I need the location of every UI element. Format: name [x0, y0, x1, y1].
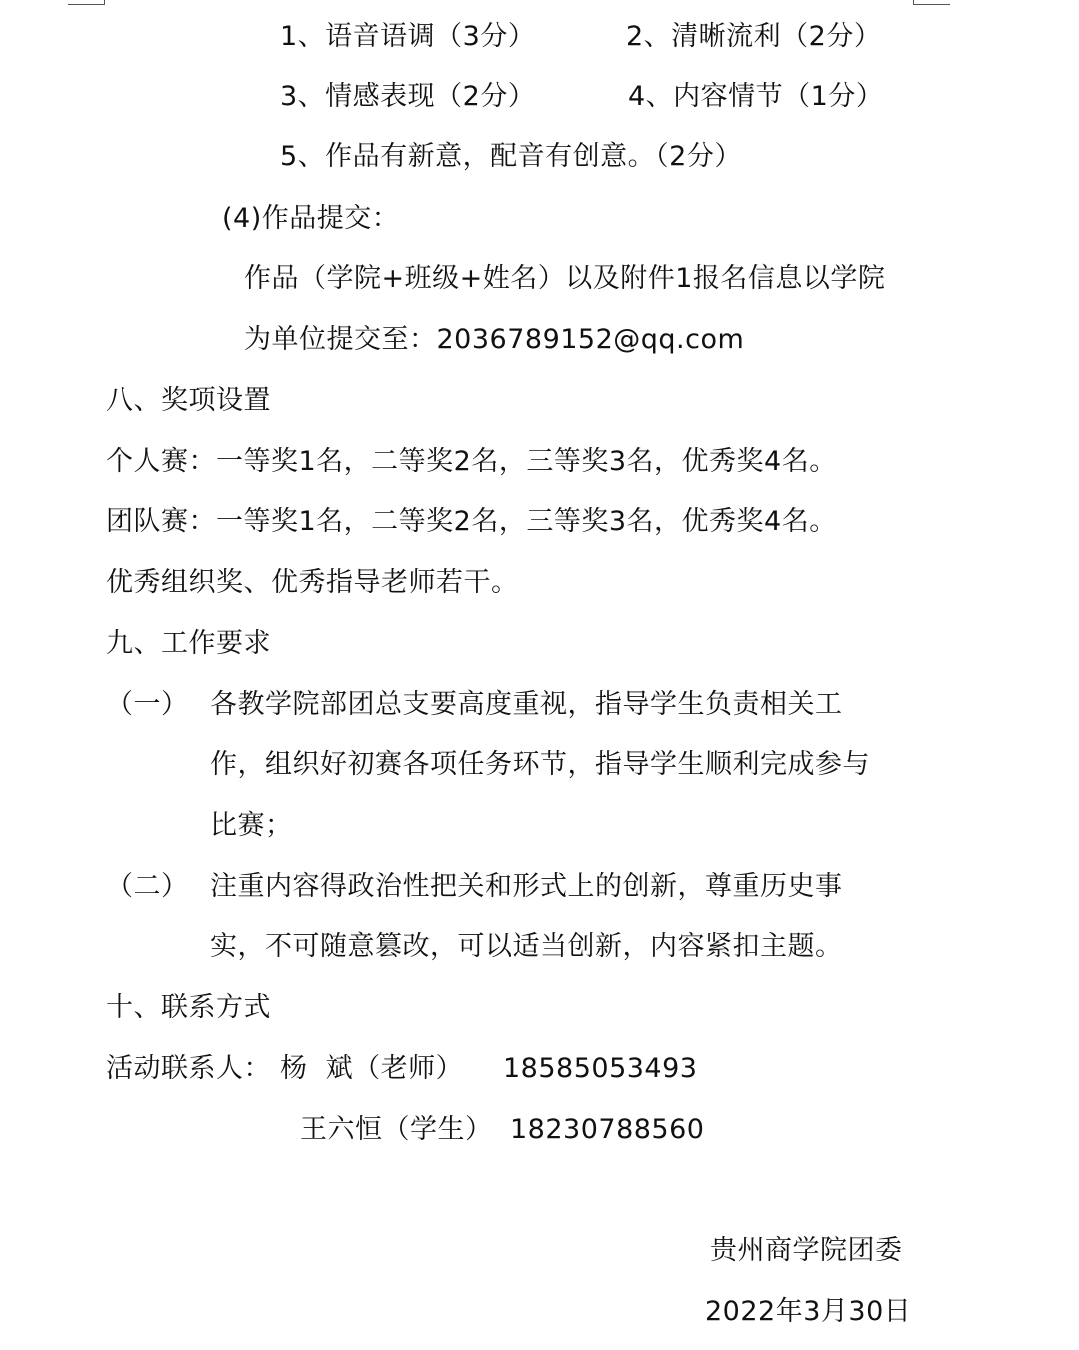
awards-team: 团队赛：一等奖1名，二等奖2名，三等奖3名，优秀奖4名。 [106, 505, 837, 539]
awards-other: 优秀组织奖、优秀指导老师若干。 [106, 566, 519, 600]
requirements-heading: 九、工作要求 [106, 627, 271, 661]
contact-label: 活动联系人： [106, 1052, 271, 1086]
awards-individual: 个人赛：一等奖1名，二等奖2名，三等奖3名，优秀奖4名。 [106, 445, 837, 479]
requirement-1-line-2: 作，组织好初赛各项任务环节，指导学生顺利完成参与 [210, 748, 870, 782]
submission-heading: (4)作品提交： [222, 202, 399, 236]
signature-date: 2022年3月30日 [705, 1295, 911, 1329]
contact-person-1-name: 杨 斌（老师） [280, 1052, 463, 1086]
awards-heading: 八、奖项设置 [106, 384, 271, 418]
scoring-item-1: 1、语音语调（3分） [280, 20, 535, 54]
scoring-item-4: 4、内容情节（1分） [628, 80, 883, 114]
contact-person-1-phone: 18585053493 [503, 1052, 697, 1086]
scoring-item-3: 3、情感表现（2分） [280, 80, 535, 114]
contact-heading: 十、联系方式 [106, 991, 271, 1025]
contact-person-2-name: 王六恒（学生） [300, 1113, 493, 1147]
requirement-1-line-3: 比赛； [210, 809, 293, 843]
contact-person-2-phone: 18230788560 [510, 1113, 704, 1147]
requirement-1-line-1: 各教学院部团总支要高度重视，指导学生负责相关工 [210, 688, 843, 722]
requirement-1-marker: （一） [106, 688, 189, 722]
scoring-item-5: 5、作品有新意，配音有创意。（2分） [280, 140, 742, 174]
requirement-2-line-2: 实，不可随意篡改，可以适当创新，内容紧扣主题。 [210, 930, 843, 964]
page-corner-mark-right [913, 0, 950, 5]
submission-text-line-2: 为单位提交至：2036789152@qq.com [244, 323, 744, 357]
requirement-2-marker: （二） [106, 870, 189, 904]
page-corner-mark-left [68, 0, 105, 5]
submission-text-line-1: 作品（学院+班级+姓名）以及附件1报名信息以学院 [244, 262, 885, 296]
scoring-item-2: 2、清晰流利（2分） [626, 20, 881, 54]
signature-organization: 贵州商学院团委 [710, 1234, 903, 1268]
requirement-2-line-1: 注重内容得政治性把关和形式上的创新，尊重历史事 [210, 870, 843, 904]
